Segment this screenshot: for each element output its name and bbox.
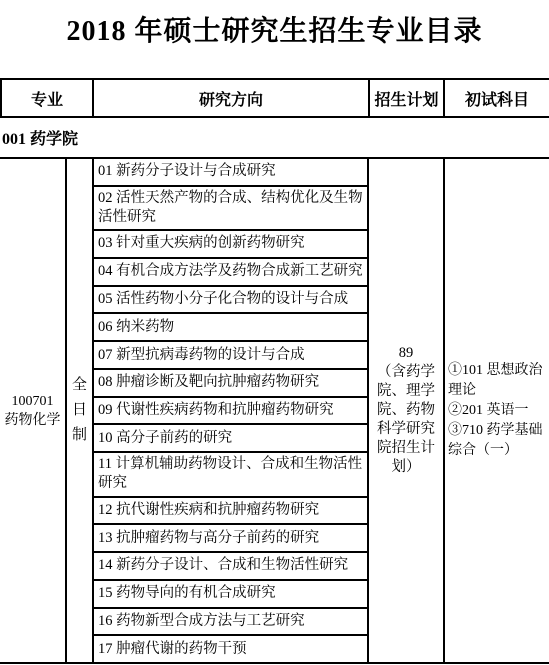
exam-subject-english: ②201 英语一 — [448, 401, 548, 421]
research-direction-item: 13 抗肿瘤药物与高分子前药的研究 — [94, 525, 367, 553]
header-major: 专业 — [2, 80, 94, 116]
research-direction-item: 14 新药分子设计、合成和生物活性研究 — [94, 553, 367, 581]
research-direction-item: 07 新型抗病毒药物的设计与合成 — [94, 342, 367, 370]
research-direction-item: 15 药物导向的有机合成研究 — [94, 581, 367, 609]
major-cell: 100701 药物化学 — [0, 159, 67, 662]
enrollment-plan-note: （含药学院、理学院、药物科学研究院招生计划） — [371, 363, 441, 477]
research-direction-item: 03 针对重大疾病的创新药物研究 — [94, 231, 367, 259]
study-mode-cell: 全日制 — [67, 159, 94, 662]
major-name: 药物化学 — [5, 411, 61, 430]
table-header-row: 专业 研究方向 招生计划 初试科目 — [0, 78, 549, 118]
major-row-group: 100701 药物化学 全日制 01 新药分子设计与合成研究 02 活性天然产物… — [0, 157, 549, 664]
research-directions-list: 01 新药分子设计与合成研究 02 活性天然产物的合成、结构优化及生物活性研究 … — [94, 159, 369, 662]
exam-subjects-cell: ①101 思想政治理论 ②201 英语一 ③710 药学基础综合（一） — [445, 159, 549, 662]
header-exam-subjects: 初试科目 — [445, 80, 549, 116]
exam-subject-pharmacy-basics: ③710 药学基础综合（一） — [448, 421, 548, 461]
research-direction-item: 09 代谢性疾病药物和抗肿瘤药物研究 — [94, 398, 367, 426]
study-mode-label: 全日制 — [72, 373, 88, 448]
research-direction-item: 10 高分子前药的研究 — [94, 425, 367, 453]
research-direction-item: 05 活性药物小分子化合物的设计与合成 — [94, 287, 367, 315]
section-heading-pharmacy-school: 001 药学院 — [0, 118, 549, 157]
page-title: 2018 年硕士研究生招生专业目录 — [0, 12, 549, 52]
catalog-page: 2018 年硕士研究生招生专业目录 专业 研究方向 招生计划 初试科目 001 … — [0, 0, 549, 665]
exam-subject-politics: ①101 思想政治理论 — [448, 361, 548, 401]
research-direction-item: 12 抗代谢性疾病和抗肿瘤药物研究 — [94, 498, 367, 526]
research-direction-item: 06 纳米药物 — [94, 314, 367, 342]
research-direction-item: 04 有机合成方法学及药物合成新工艺研究 — [94, 259, 367, 287]
research-direction-item: 17 肿瘤代谢的药物干预 — [94, 636, 367, 662]
research-direction-item: 01 新药分子设计与合成研究 — [94, 159, 367, 187]
enrollment-plan-number: 89 — [399, 344, 414, 363]
research-direction-item: 16 药物新型合成方法与工艺研究 — [94, 609, 367, 637]
major-code: 100701 — [12, 392, 54, 411]
header-research-direction: 研究方向 — [94, 80, 370, 116]
research-direction-item: 08 肿瘤诊断及靶向抗肿瘤药物研究 — [94, 370, 367, 398]
header-enrollment-plan: 招生计划 — [370, 80, 445, 116]
research-direction-item: 02 活性天然产物的合成、结构优化及生物活性研究 — [94, 187, 367, 231]
enrollment-plan-cell: 89 （含药学院、理学院、药物科学研究院招生计划） — [369, 159, 445, 662]
research-direction-item: 11 计算机辅助药物设计、合成和生物活性研究 — [94, 453, 367, 497]
